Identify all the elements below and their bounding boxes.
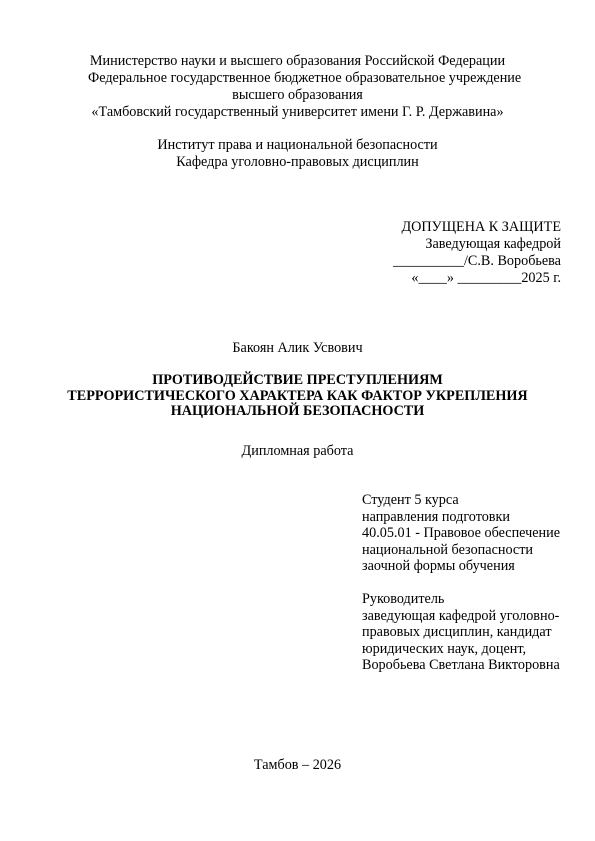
ministry-header: Министерство науки и высшего образования… xyxy=(88,53,507,121)
supervisor-info-line: Руководитель xyxy=(362,591,560,608)
student-info-line: 40.05.01 - Правовое обеспечение xyxy=(362,525,560,542)
city-year-footer: Тамбов – 2026 xyxy=(88,757,507,774)
university-name-line: «Тамбовский государственный университет … xyxy=(88,104,507,121)
approval-signature-line: __________/С.В. Воробьева xyxy=(393,253,561,270)
approval-role: Заведующая кафедрой xyxy=(393,236,561,253)
institute-block: Институт права и национальной безопаснос… xyxy=(88,137,507,171)
education-level-line: высшего образования xyxy=(88,87,507,104)
institution-type-line: Федеральное государственное бюджетное об… xyxy=(88,70,507,87)
approval-date-line: «____» _________2025 г. xyxy=(393,270,561,287)
document-page: Министерство науки и высшего образования… xyxy=(0,0,595,841)
supervisor-info-line: Воробьева Светлана Викторовна xyxy=(362,657,560,674)
supervisor-info-line: заведующая кафедрой уголовно- xyxy=(362,608,560,625)
thesis-title: ПРОТИВОДЕЙСТВИЕ ПРЕСТУПЛЕНИЯМ ТЕРРОРИСТИ… xyxy=(60,373,535,420)
supervisor-info-line: правовых дисциплин, кандидат xyxy=(362,624,560,641)
thesis-title-line: НАЦИОНАЛЬНОЙ БЕЗОПАСНОСТИ xyxy=(60,404,535,420)
institute-name: Институт права и национальной безопаснос… xyxy=(88,137,507,154)
student-info-line: направления подготовки xyxy=(362,509,560,526)
ministry-line: Министерство науки и высшего образования… xyxy=(88,53,507,70)
student-info-line: Студент 5 курса xyxy=(362,492,560,509)
approval-stamp: ДОПУЩЕНА К ЗАЩИТЕ Заведующая кафедрой __… xyxy=(393,219,561,287)
author-name: Бакоян Алик Усвович xyxy=(88,340,507,357)
student-info: Студент 5 курса направления подготовки 4… xyxy=(362,492,560,575)
work-type: Дипломная работа xyxy=(88,443,507,460)
department-name: Кафедра уголовно-правовых дисциплин xyxy=(88,154,507,171)
approval-heading: ДОПУЩЕНА К ЗАЩИТЕ xyxy=(393,219,561,236)
thesis-title-line: ПРОТИВОДЕЙСТВИЕ ПРЕСТУПЛЕНИЯМ xyxy=(60,373,535,389)
thesis-title-line: ТЕРРОРИСТИЧЕСКОГО ХАРАКТЕРА КАК ФАКТОР У… xyxy=(60,389,535,405)
supervisor-info-line: юридических наук, доцент, xyxy=(362,641,560,658)
student-info-line: национальной безопасности xyxy=(362,542,560,559)
supervisor-info: Руководитель заведующая кафедрой уголовн… xyxy=(362,591,560,674)
student-info-line: заочной формы обучения xyxy=(362,558,560,575)
